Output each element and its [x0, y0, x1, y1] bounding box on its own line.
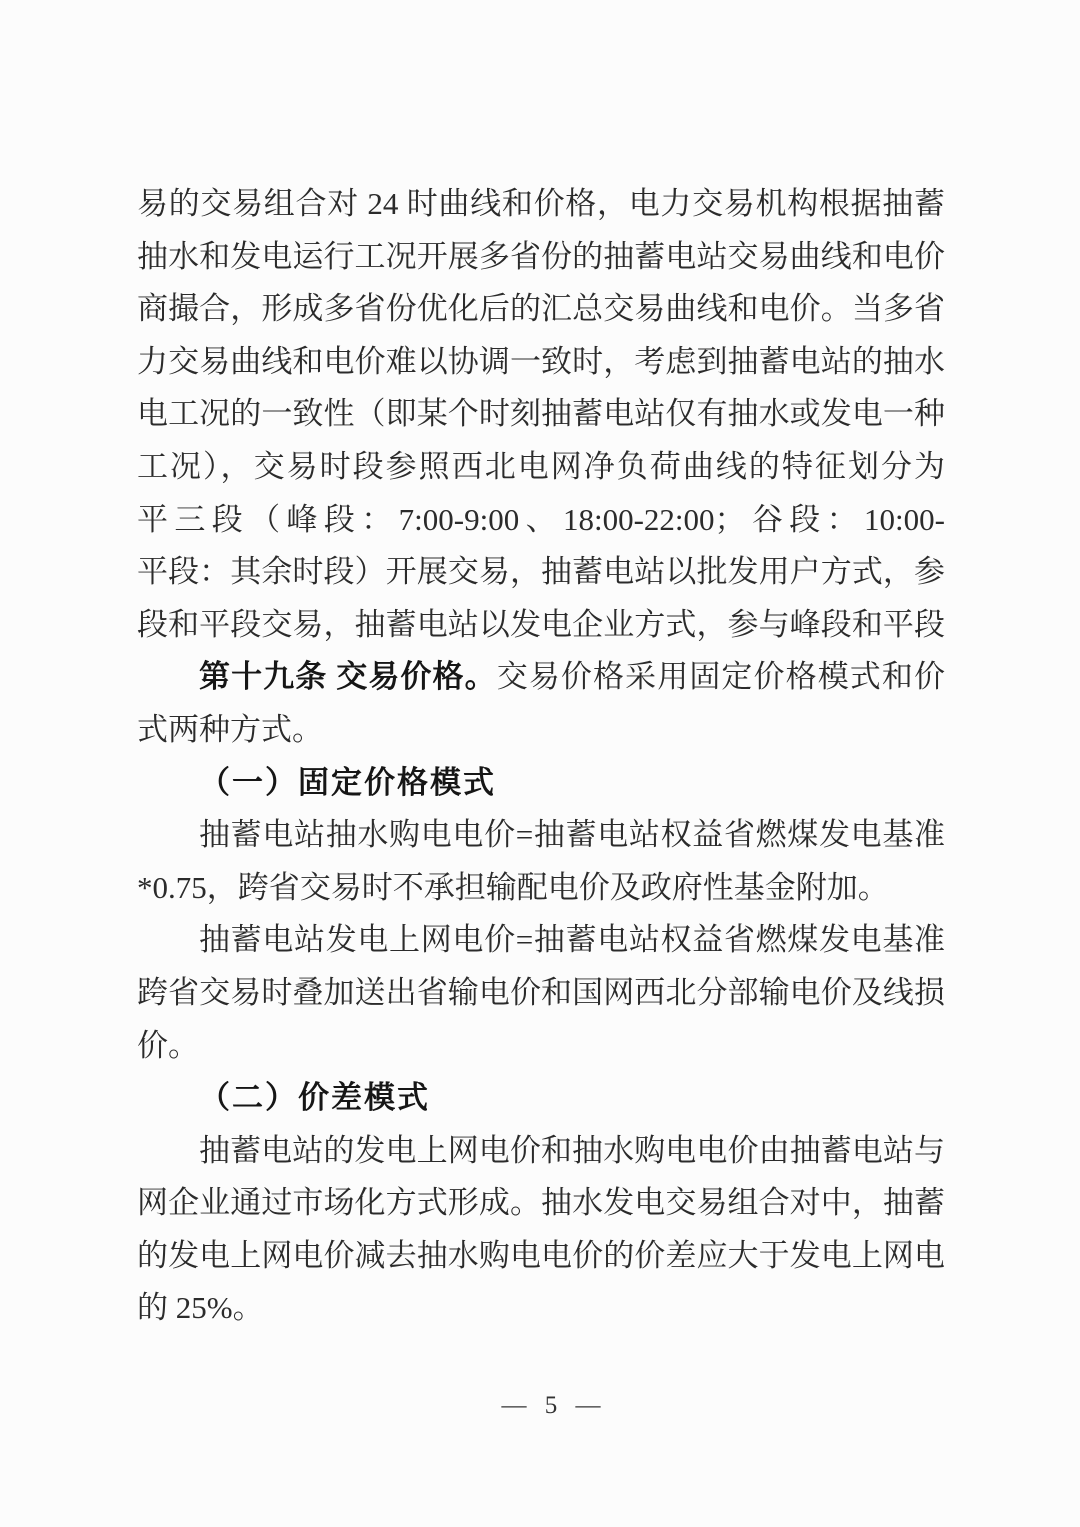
body-line: 段和平段交易，抽蓄电站以发电企业方式，参与峰段和平段交易。	[137, 599, 945, 652]
section-heading-price-difference-mode: （二）价差模式	[137, 1072, 945, 1125]
page-number-footer: — 5 —	[14, 1392, 1080, 1420]
body-line: 抽水和发电运行工况开展多省份的抽蓄电站交易曲线和电价协	[137, 231, 945, 284]
body-line: 平段：其余时段）开展交易，抽蓄电站以批发用户方式，参与谷	[137, 546, 945, 599]
text-block: 易的交易组合对 24 时曲线和价格，电力交易机构根据抽蓄电站 抽水和发电运行工况…	[137, 178, 945, 1335]
article-19-line: 第十九条 交易价格。交易价格采用固定价格模式和价差模	[137, 651, 945, 704]
body-line: 价。	[137, 1020, 945, 1073]
body-line: 式两种方式。	[137, 704, 945, 757]
body-line: 电工况的一致性（即某个时刻抽蓄电站仅有抽水或发电一种运行	[137, 388, 945, 441]
article-19-title: 第十九条 交易价格。	[199, 659, 497, 694]
body-line: 商撮合，形成多省份优化后的汇总交易曲线和电价。当多省份电	[137, 283, 945, 336]
body-line-pumping-price-formula: 抽蓄电站抽水购电电价=抽蓄电站权益省燃煤发电基准价	[137, 809, 945, 862]
body-line: 易的交易组合对 24 时曲线和价格，电力交易机构根据抽蓄电站	[137, 178, 945, 231]
body-line: 抽蓄电站的发电上网电价和抽水购电电价由抽蓄电站与电	[137, 1125, 945, 1178]
body-line: 的 25%。	[137, 1282, 945, 1335]
body-line: 网企业通过市场化方式形成。抽水发电交易组合对中，抽蓄电站	[137, 1177, 945, 1230]
body-line-peak-valley-times: 平三段（峰段：7:00-9:00、18:00-22:00；谷段：10:00-16…	[137, 494, 945, 547]
body-line: 跨省交易时叠加送出省输电价和国网西北分部输电价及线损折	[137, 967, 945, 1020]
body-line: *0.75，跨省交易时不承担输配电价及政府性基金附加。	[137, 862, 945, 915]
body-line: 的发电上网电价减去抽水购电电价的价差应大于发电上网电价	[137, 1230, 945, 1283]
section-heading-fixed-price-mode: （一）固定价格模式	[137, 757, 945, 810]
body-line-generation-price-formula: 抽蓄电站发电上网电价=抽蓄电站权益省燃煤发电基准价，	[137, 914, 945, 967]
document-page: 易的交易组合对 24 时曲线和价格，电力交易机构根据抽蓄电站 抽水和发电运行工况…	[0, 0, 1080, 1527]
body-line: 力交易曲线和电价难以协调一致时，考虑到抽蓄电站的抽水和发	[137, 336, 945, 389]
body-line: 工况），交易时段参照西北电网净负荷曲线的特征划分为峰、谷、	[137, 441, 945, 494]
